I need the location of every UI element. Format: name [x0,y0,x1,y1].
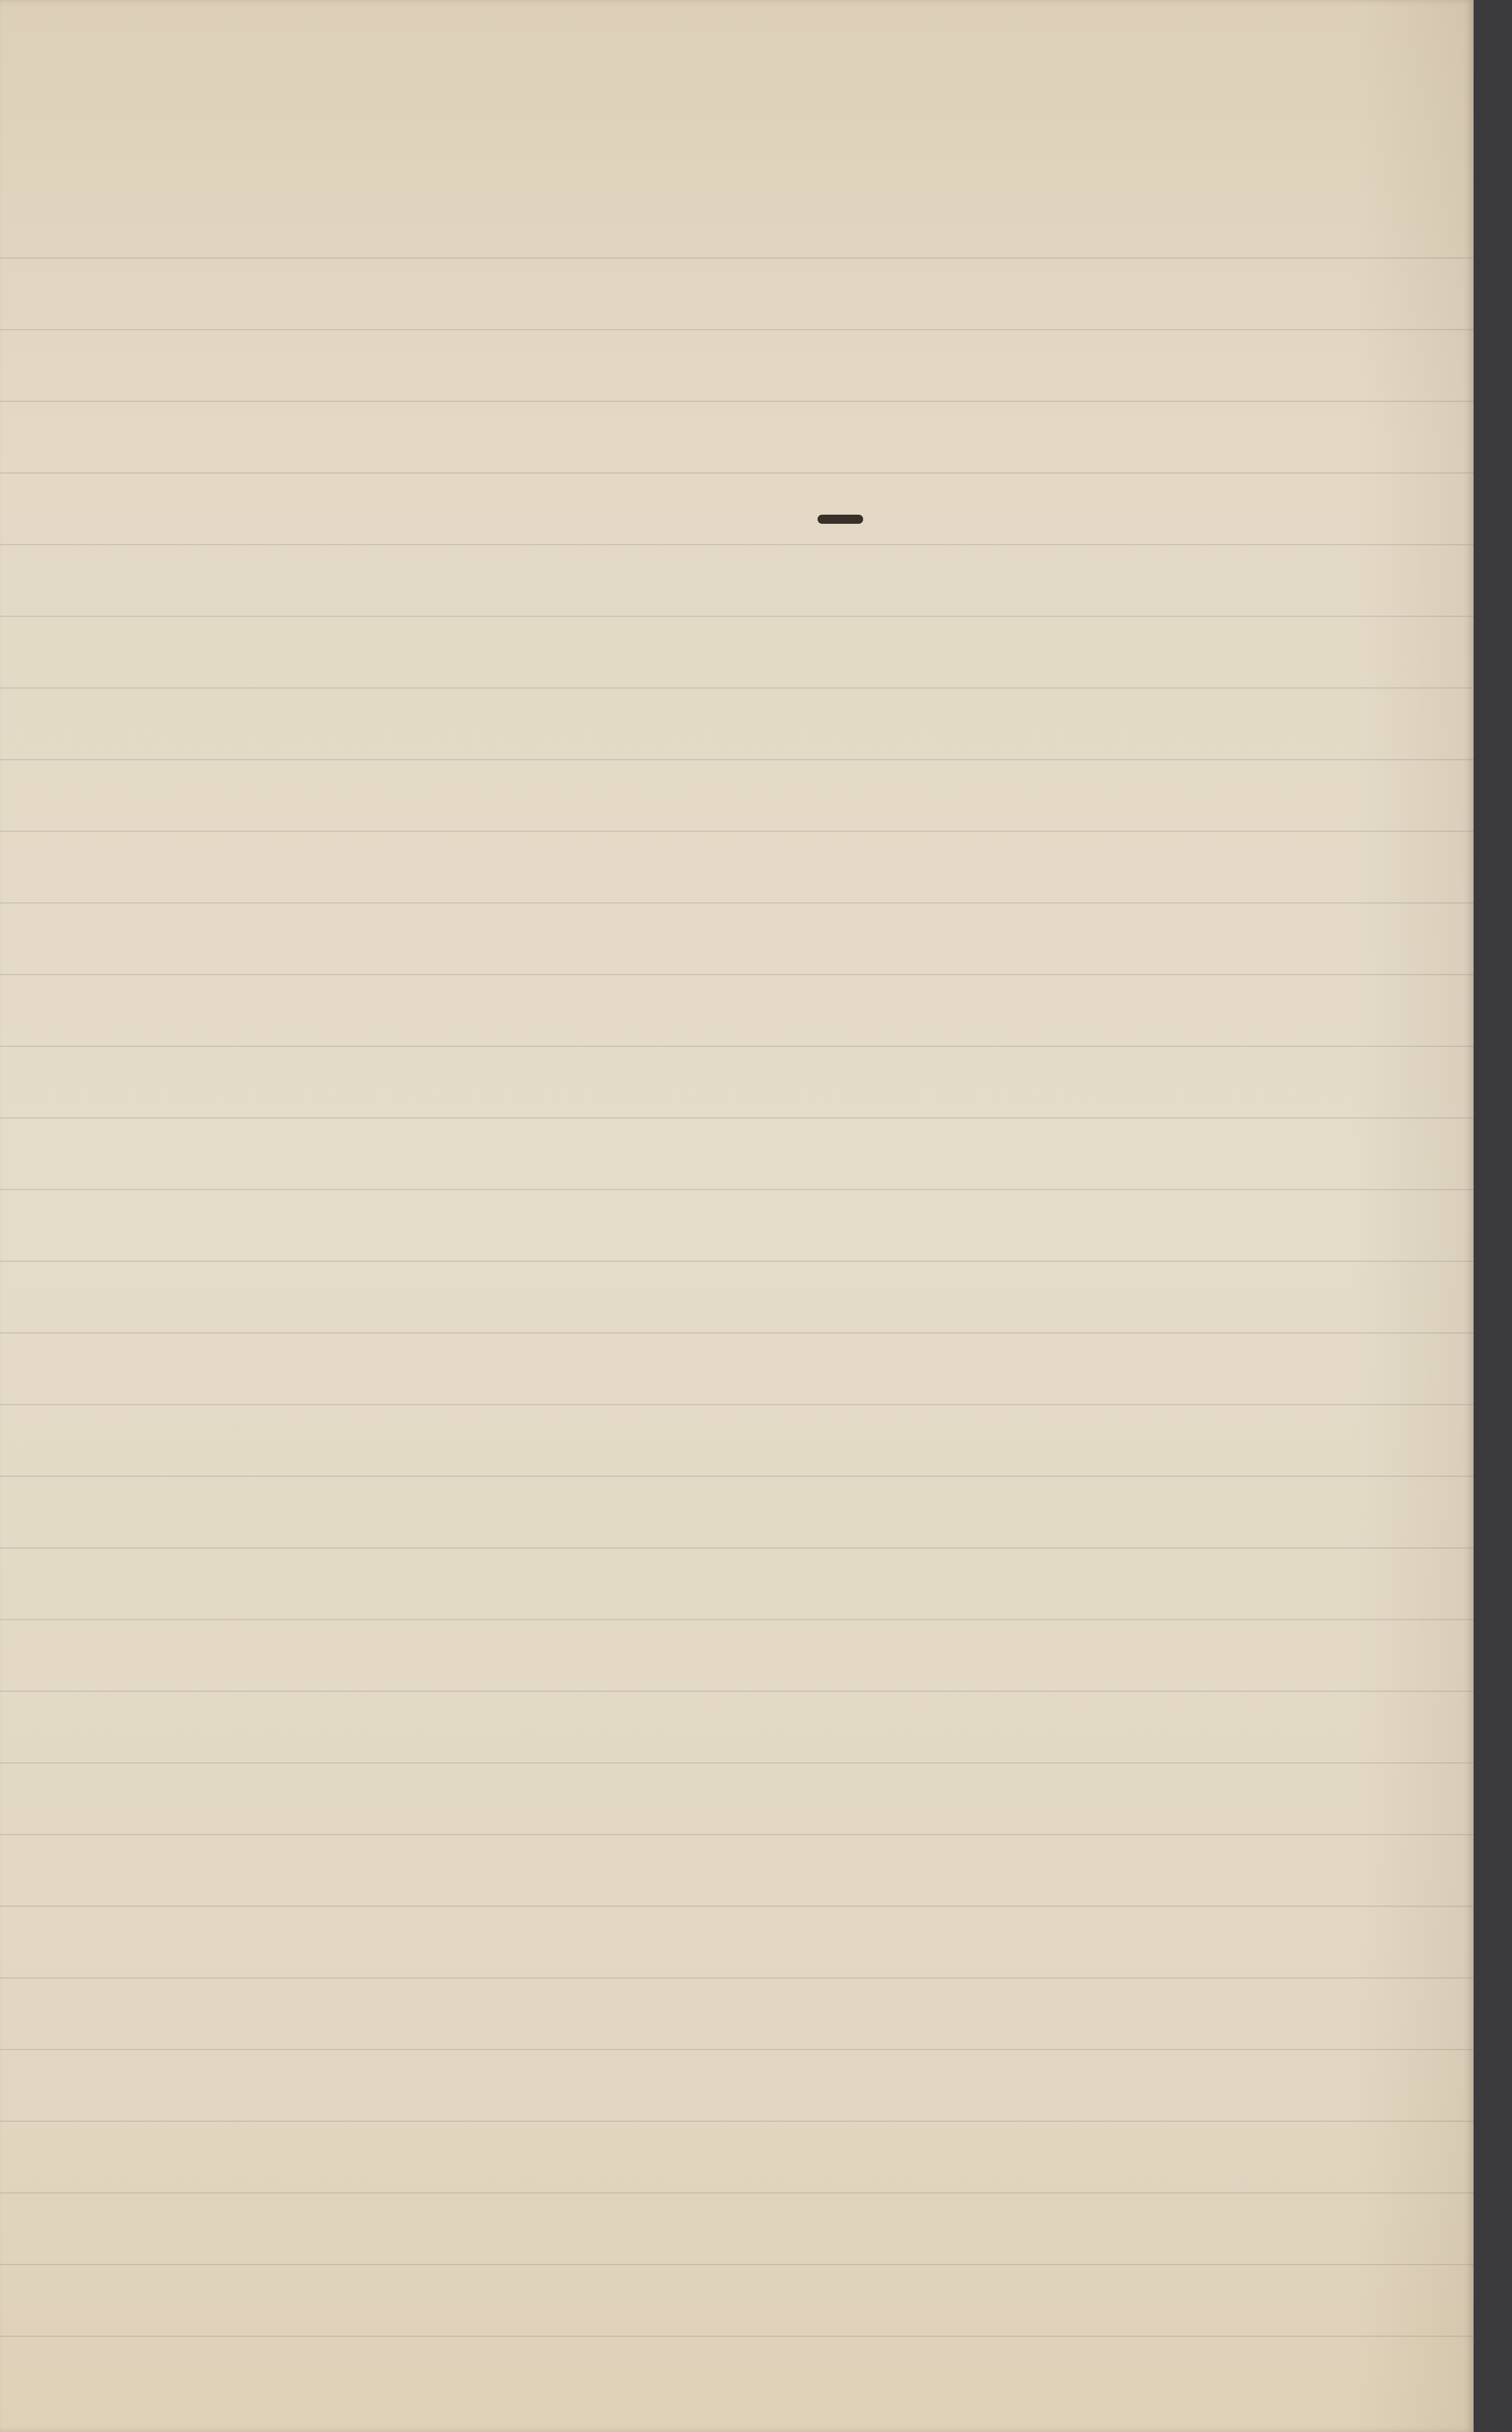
ruled-line [0,974,1474,975]
ruled-line [0,1404,1474,1405]
ruled-line [0,687,1474,689]
ruled-line [0,2264,1474,2265]
ink-blot [818,515,863,524]
ruled-line [0,616,1474,617]
ruled-line [0,1117,1474,1119]
ruled-line [0,1046,1474,1047]
ruled-line [0,831,1474,832]
ruled-line [0,2336,1474,2337]
ruled-line [0,902,1474,904]
ruled-line [0,472,1474,474]
ruled-line [0,1332,1474,1334]
ruled-line [0,759,1474,760]
ruled-line [0,1619,1474,1620]
ruled-line [0,2121,1474,2122]
ruled-line [0,1261,1474,1262]
ruled-line [0,1189,1474,1190]
ruled-line [0,2192,1474,2194]
ruled-line [0,544,1474,545]
ruled-line [0,1476,1474,1477]
ruled-line [0,1977,1474,1979]
ruled-line [0,257,1474,259]
ruled-line [0,2049,1474,2050]
ruled-line [0,1691,1474,1692]
ruled-line [0,329,1474,330]
ruled-line [0,1547,1474,1549]
manuscript-page [0,0,1474,2432]
ruled-line [0,1906,1474,1907]
ruled-line [0,1762,1474,1764]
ruled-line [0,1834,1474,1835]
ruled-line [0,401,1474,402]
